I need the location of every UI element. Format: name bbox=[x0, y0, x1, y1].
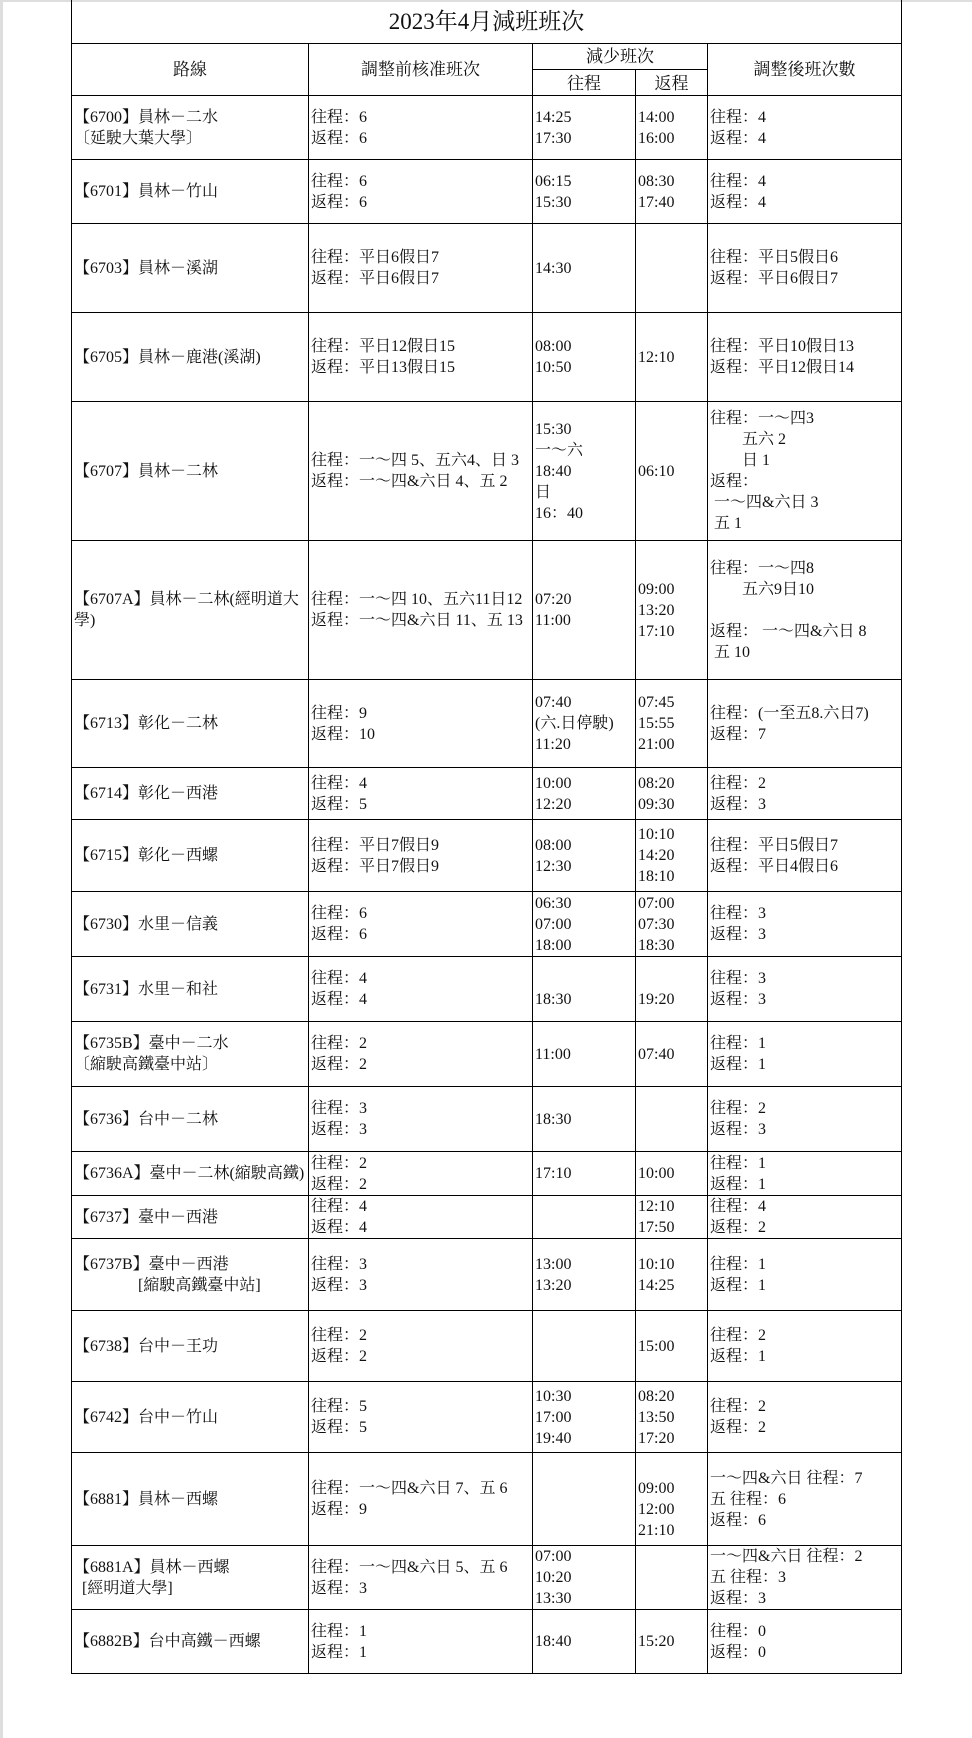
reduced-outbound-cell: 13:00 13:20 bbox=[533, 1239, 636, 1311]
reduced-return-cell: 10:00 bbox=[636, 1152, 708, 1196]
after-cell: 往程：平日5假日7 返程：平日4假日6 bbox=[708, 820, 902, 892]
route-cell: 【6737】臺中－西港 bbox=[72, 1196, 309, 1239]
route-cell: 【6736】台中－二林 bbox=[72, 1087, 309, 1152]
header-row: 路線 調整前核准班次 減少班次 調整後班次數 bbox=[72, 44, 902, 70]
reduced-return-cell: 14:00 16:00 bbox=[636, 96, 708, 160]
after-cell: 往程：3 返程：3 bbox=[708, 957, 902, 1022]
reduced-outbound-cell: 18:30 bbox=[533, 957, 636, 1022]
route-cell: 【6714】彰化－西港 bbox=[72, 768, 309, 820]
reduced-return-cell: 12:10 17:50 bbox=[636, 1196, 708, 1239]
after-cell: 往程：2 返程：2 bbox=[708, 1382, 902, 1453]
reduced-return-cell: 19:20 bbox=[636, 957, 708, 1022]
table-row: 【6715】彰化－西螺 往程：平日7假日9 返程：平日7假日9 08:00 12… bbox=[72, 820, 902, 892]
table-row: 【6705】員林－鹿港(溪湖) 往程：平日12假日15 返程：平日13假日15 … bbox=[72, 313, 902, 402]
reduced-outbound-cell: 14:25 17:30 bbox=[533, 96, 636, 160]
reduced-outbound-cell: 18:30 bbox=[533, 1087, 636, 1152]
table-row: 【6738】台中－王功 往程：2 返程：2 15:00 往程：2 返程：1 bbox=[72, 1311, 902, 1382]
reduced-return-cell: 08:30 17:40 bbox=[636, 160, 708, 224]
after-cell: 往程：一～四8 五六9日10 返程： 一～四&六日 8 五 10 bbox=[708, 541, 902, 680]
reduced-outbound-cell: 07:20 11:00 bbox=[533, 541, 636, 680]
table-row: 【6713】彰化－二林 往程：9 返程：10 07:40 (六.日停駛) 11:… bbox=[72, 680, 902, 768]
reduced-return-cell: 07:40 bbox=[636, 1022, 708, 1087]
reduced-outbound-cell: 11:00 bbox=[533, 1022, 636, 1087]
table-row: 【6882B】台中高鐵－西螺 往程：1 返程：1 18:40 15:20 往程：… bbox=[72, 1610, 902, 1674]
table-row: 【6736A】臺中－二林(縮駛高鐵) 往程：2 返程：2 17:10 10:00… bbox=[72, 1152, 902, 1196]
reduced-outbound-cell bbox=[533, 1453, 636, 1546]
route-cell: 【6737B】臺中－西港 [縮駛高鐵臺中站] bbox=[72, 1239, 309, 1311]
reduced-return-cell bbox=[636, 1087, 708, 1152]
before-cell: 往程：2 返程：2 bbox=[309, 1311, 533, 1382]
reduced-return-cell: 09:00 13:20 17:10 bbox=[636, 541, 708, 680]
before-cell: 往程：6 返程：6 bbox=[309, 96, 533, 160]
after-cell: 一～四&六日 往程：2 五 往程：3 返程：3 bbox=[708, 1546, 902, 1610]
reduced-return-cell: 08:20 13:50 17:20 bbox=[636, 1382, 708, 1453]
route-cell: 【6731】水里－和社 bbox=[72, 957, 309, 1022]
before-cell: 往程：6 返程：6 bbox=[309, 892, 533, 957]
table-row: 【6714】彰化－西港 往程：4 返程：5 10:00 12:20 08:20 … bbox=[72, 768, 902, 820]
reduced-return-cell: 15:20 bbox=[636, 1610, 708, 1674]
reduced-return-cell: 15:00 bbox=[636, 1311, 708, 1382]
reduced-return-cell: 08:20 09:30 bbox=[636, 768, 708, 820]
after-cell: 往程：3 返程：3 bbox=[708, 892, 902, 957]
header-reduced-outbound: 往程 bbox=[533, 70, 636, 96]
route-cell: 【6705】員林－鹿港(溪湖) bbox=[72, 313, 309, 402]
after-cell: 往程：平日10假日13 返程：平日12假日14 bbox=[708, 313, 902, 402]
table-title: 2023年4月減班班次 bbox=[72, 0, 902, 44]
after-cell: 往程：(一至五8.六日7) 返程：7 bbox=[708, 680, 902, 768]
table-row: 【6730】水里－信義 往程：6 返程：6 06:30 07:00 18:00 … bbox=[72, 892, 902, 957]
route-cell: 【6738】台中－王功 bbox=[72, 1311, 309, 1382]
table-row: 【6737B】臺中－西港 [縮駛高鐵臺中站] 往程：3 返程：3 13:00 1… bbox=[72, 1239, 902, 1311]
before-cell: 往程：一～四&六日 5、五 6 返程：3 bbox=[309, 1546, 533, 1610]
route-cell: 【6707A】員林－二林(經明道大學) bbox=[72, 541, 309, 680]
reduced-outbound-cell: 08:00 12:30 bbox=[533, 820, 636, 892]
reduced-return-cell: 09:00 12:00 21:10 bbox=[636, 1453, 708, 1546]
reduced-outbound-cell: 14:30 bbox=[533, 224, 636, 313]
before-cell: 往程：3 返程：3 bbox=[309, 1239, 533, 1311]
before-cell: 往程：4 返程：4 bbox=[309, 957, 533, 1022]
after-cell: 往程：2 返程：3 bbox=[708, 1087, 902, 1152]
reduced-outbound-cell: 07:40 (六.日停駛) 11:20 bbox=[533, 680, 636, 768]
after-cell: 往程：4 返程：4 bbox=[708, 96, 902, 160]
route-cell: 【6736A】臺中－二林(縮駛高鐵) bbox=[72, 1152, 309, 1196]
route-cell: 【6707】員林－二林 bbox=[72, 402, 309, 541]
before-cell: 往程：9 返程：10 bbox=[309, 680, 533, 768]
table-row: 【6701】員林－竹山 往程：6 返程：6 06:15 15:30 08:30 … bbox=[72, 160, 902, 224]
before-cell: 往程：一～四&六日 7、五 6 返程：9 bbox=[309, 1453, 533, 1546]
reduced-return-cell bbox=[636, 1546, 708, 1610]
reduced-outbound-cell: 06:15 15:30 bbox=[533, 160, 636, 224]
after-cell: 一～四&六日 往程：7 五 往程：6 返程：6 bbox=[708, 1453, 902, 1546]
header-route: 路線 bbox=[72, 44, 309, 96]
before-cell: 往程：一～四 5、五六4、日 3 返程：一～四&六日 4、五 2 bbox=[309, 402, 533, 541]
route-cell: 【6730】水里－信義 bbox=[72, 892, 309, 957]
header-after: 調整後班次數 bbox=[708, 44, 902, 96]
table-row: 【6703】員林－溪湖 往程：平日6假日7 返程：平日6假日7 14:30 往程… bbox=[72, 224, 902, 313]
route-cell: 【6703】員林－溪湖 bbox=[72, 224, 309, 313]
reduced-outbound-cell: 06:30 07:00 18:00 bbox=[533, 892, 636, 957]
table-row: 【6700】員林－二水 〔延駛大葉大學〕 往程：6 返程：6 14:25 17:… bbox=[72, 96, 902, 160]
reduced-schedule-table: 2023年4月減班班次 路線 調整前核准班次 減少班次 調整後班次數 往程 返程… bbox=[71, 0, 902, 1674]
after-cell: 往程：1 返程：1 bbox=[708, 1022, 902, 1087]
reduced-outbound-cell: 10:00 12:20 bbox=[533, 768, 636, 820]
before-cell: 往程：平日6假日7 返程：平日6假日7 bbox=[309, 224, 533, 313]
route-cell: 【6713】彰化－二林 bbox=[72, 680, 309, 768]
title-row: 2023年4月減班班次 bbox=[72, 0, 902, 44]
table-row: 【6737】臺中－西港 往程：4 返程：4 12:10 17:50 往程：4 返… bbox=[72, 1196, 902, 1239]
after-cell: 往程：4 返程：2 bbox=[708, 1196, 902, 1239]
before-cell: 往程：4 返程：4 bbox=[309, 1196, 533, 1239]
header-before: 調整前核准班次 bbox=[309, 44, 533, 96]
before-cell: 往程：4 返程：5 bbox=[309, 768, 533, 820]
before-cell: 往程：3 返程：3 bbox=[309, 1087, 533, 1152]
after-cell: 往程：4 返程：4 bbox=[708, 160, 902, 224]
reduced-return-cell: 06:10 bbox=[636, 402, 708, 541]
table-row: 【6881A】員林－西螺 [經明道大學] 往程：一～四&六日 5、五 6 返程：… bbox=[72, 1546, 902, 1610]
reduced-outbound-cell: 07:00 10:20 13:30 bbox=[533, 1546, 636, 1610]
reduced-outbound-cell: 17:10 bbox=[533, 1152, 636, 1196]
before-cell: 往程：一～四 10、五六11日12 返程：一～四&六日 11、五 13 bbox=[309, 541, 533, 680]
route-cell: 【6881】員林－西螺 bbox=[72, 1453, 309, 1546]
route-cell: 【6882B】台中高鐵－西螺 bbox=[72, 1610, 309, 1674]
after-cell: 往程：2 返程：3 bbox=[708, 768, 902, 820]
before-cell: 往程：平日12假日15 返程：平日13假日15 bbox=[309, 313, 533, 402]
before-cell: 往程：6 返程：6 bbox=[309, 160, 533, 224]
route-cell: 【6700】員林－二水 〔延駛大葉大學〕 bbox=[72, 96, 309, 160]
table-row: 【6735B】臺中－二水 〔縮駛高鐵臺中站〕 往程：2 返程：2 11:00 0… bbox=[72, 1022, 902, 1087]
route-cell: 【6742】台中－竹山 bbox=[72, 1382, 309, 1453]
reduced-return-cell bbox=[636, 224, 708, 313]
route-cell: 【6701】員林－竹山 bbox=[72, 160, 309, 224]
reduced-outbound-cell bbox=[533, 1311, 636, 1382]
route-cell: 【6715】彰化－西螺 bbox=[72, 820, 309, 892]
before-cell: 往程：2 返程：2 bbox=[309, 1022, 533, 1087]
before-cell: 往程：1 返程：1 bbox=[309, 1610, 533, 1674]
route-cell: 【6735B】臺中－二水 〔縮駛高鐵臺中站〕 bbox=[72, 1022, 309, 1087]
reduced-return-cell: 12:10 bbox=[636, 313, 708, 402]
table-row: 【6736】台中－二林 往程：3 返程：3 18:30 往程：2 返程：3 bbox=[72, 1087, 902, 1152]
reduced-outbound-cell bbox=[533, 1196, 636, 1239]
route-cell: 【6881A】員林－西螺 [經明道大學] bbox=[72, 1546, 309, 1610]
reduced-return-cell: 07:00 07:30 18:30 bbox=[636, 892, 708, 957]
before-cell: 往程：平日7假日9 返程：平日7假日9 bbox=[309, 820, 533, 892]
after-cell: 往程：一～四3 五六 2 日 1 返程： 一～四&六日 3 五 1 bbox=[708, 402, 902, 541]
table-row: 【6707】員林－二林 往程：一～四 5、五六4、日 3 返程：一～四&六日 4… bbox=[72, 402, 902, 541]
header-reduced: 減少班次 bbox=[533, 44, 708, 70]
after-cell: 往程：0 返程：0 bbox=[708, 1610, 902, 1674]
before-cell: 往程：5 返程：5 bbox=[309, 1382, 533, 1453]
table-row: 【6881】員林－西螺 往程：一～四&六日 7、五 6 返程：9 09:00 1… bbox=[72, 1453, 902, 1546]
reduced-return-cell: 07:45 15:55 21:00 bbox=[636, 680, 708, 768]
table-row: 【6731】水里－和社 往程：4 返程：4 18:30 19:20 往程：3 返… bbox=[72, 957, 902, 1022]
reduced-outbound-cell: 18:40 bbox=[533, 1610, 636, 1674]
reduced-outbound-cell: 15:30 一～六 18:40 日 16：40 bbox=[533, 402, 636, 541]
header-reduced-return: 返程 bbox=[636, 70, 708, 96]
reduced-return-cell: 10:10 14:20 18:10 bbox=[636, 820, 708, 892]
before-cell: 往程：2 返程：2 bbox=[309, 1152, 533, 1196]
after-cell: 往程：平日5假日6 返程：平日6假日7 bbox=[708, 224, 902, 313]
table-row: 【6707A】員林－二林(經明道大學) 往程：一～四 10、五六11日12 返程… bbox=[72, 541, 902, 680]
reduced-outbound-cell: 08:00 10:50 bbox=[533, 313, 636, 402]
reduced-return-cell: 10:10 14:25 bbox=[636, 1239, 708, 1311]
reduced-outbound-cell: 10:30 17:00 19:40 bbox=[533, 1382, 636, 1453]
after-cell: 往程：1 返程：1 bbox=[708, 1239, 902, 1311]
table-row: 【6742】台中－竹山 往程：5 返程：5 10:30 17:00 19:40 … bbox=[72, 1382, 902, 1453]
page-edge-left bbox=[0, 0, 3, 1738]
after-cell: 往程：2 返程：1 bbox=[708, 1311, 902, 1382]
after-cell: 往程：1 返程：1 bbox=[708, 1152, 902, 1196]
